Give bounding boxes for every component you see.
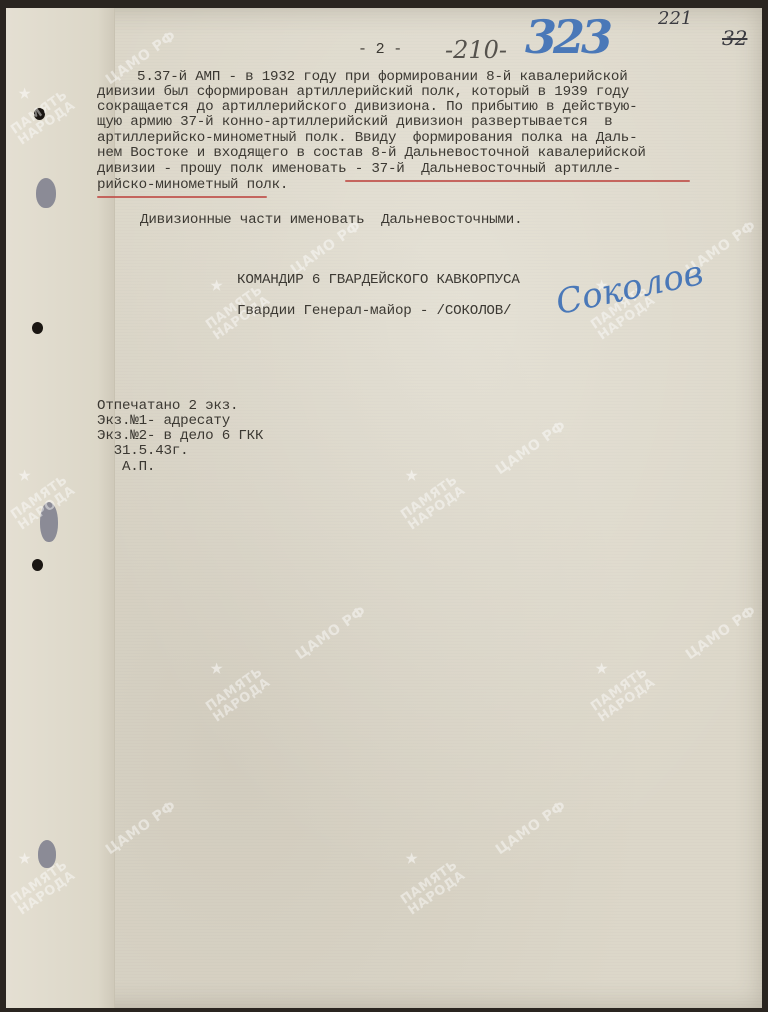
text-line: 5.37-й АМП - в 1932 году при формировани… <box>137 70 628 85</box>
text-line: рийско-минометный полк. <box>97 178 288 193</box>
archive-number-pencil: -210- <box>445 36 507 64</box>
text-line: сокращается до артиллерийского дивизиона… <box>97 100 637 115</box>
text-line: дивизии был сформирован артиллерийский п… <box>97 85 629 100</box>
red-underline <box>345 180 690 182</box>
signature-rank-name: Гвардии Генерал-майор - /СОКОЛОВ/ <box>237 304 511 319</box>
red-underline <box>97 196 267 198</box>
binding-hole <box>32 322 43 334</box>
text-line: 31.5.43г. <box>97 444 188 459</box>
divisional-note: Дивизионные части именовать Дальневосточ… <box>140 213 522 228</box>
ink-blot <box>36 178 56 208</box>
star-icon: ★ <box>405 845 418 871</box>
star-icon: ★ <box>595 655 608 681</box>
text-line: щую армию 37-й конно-артиллерийский диви… <box>97 115 612 130</box>
binding-hole <box>32 559 43 571</box>
star-icon: ★ <box>18 845 31 871</box>
signature-title: КОМАНДИР 6 ГВАРДЕЙСКОГО КАВКОРПУСА <box>237 273 520 288</box>
text-line: нем Востоке и входящего в состав 8-й Дал… <box>97 146 646 161</box>
star-icon: ★ <box>405 462 418 488</box>
text-line: дивизии - прошу полк именовать - 37-й Да… <box>97 162 621 177</box>
page-number: - 2 - <box>358 42 402 57</box>
archive-number-blue: 323 <box>525 10 609 64</box>
text-line: артиллерийско-минометный полк. Ввиду фор… <box>97 131 637 146</box>
star-icon: ★ <box>18 80 31 106</box>
star-icon: ★ <box>210 272 223 298</box>
archive-number-corner-right: 32 <box>722 26 747 50</box>
archive-number-corner: 221 <box>658 8 692 29</box>
star-icon: ★ <box>210 655 223 681</box>
text-line: Экз.№2- в дело 6 ГКК <box>97 429 263 444</box>
star-icon: ★ <box>18 462 31 488</box>
text-line: А.П. <box>97 460 155 475</box>
text-line: Экз.№1- адресату <box>97 414 230 429</box>
text-line: Отпечатано 2 экз. <box>97 399 238 414</box>
